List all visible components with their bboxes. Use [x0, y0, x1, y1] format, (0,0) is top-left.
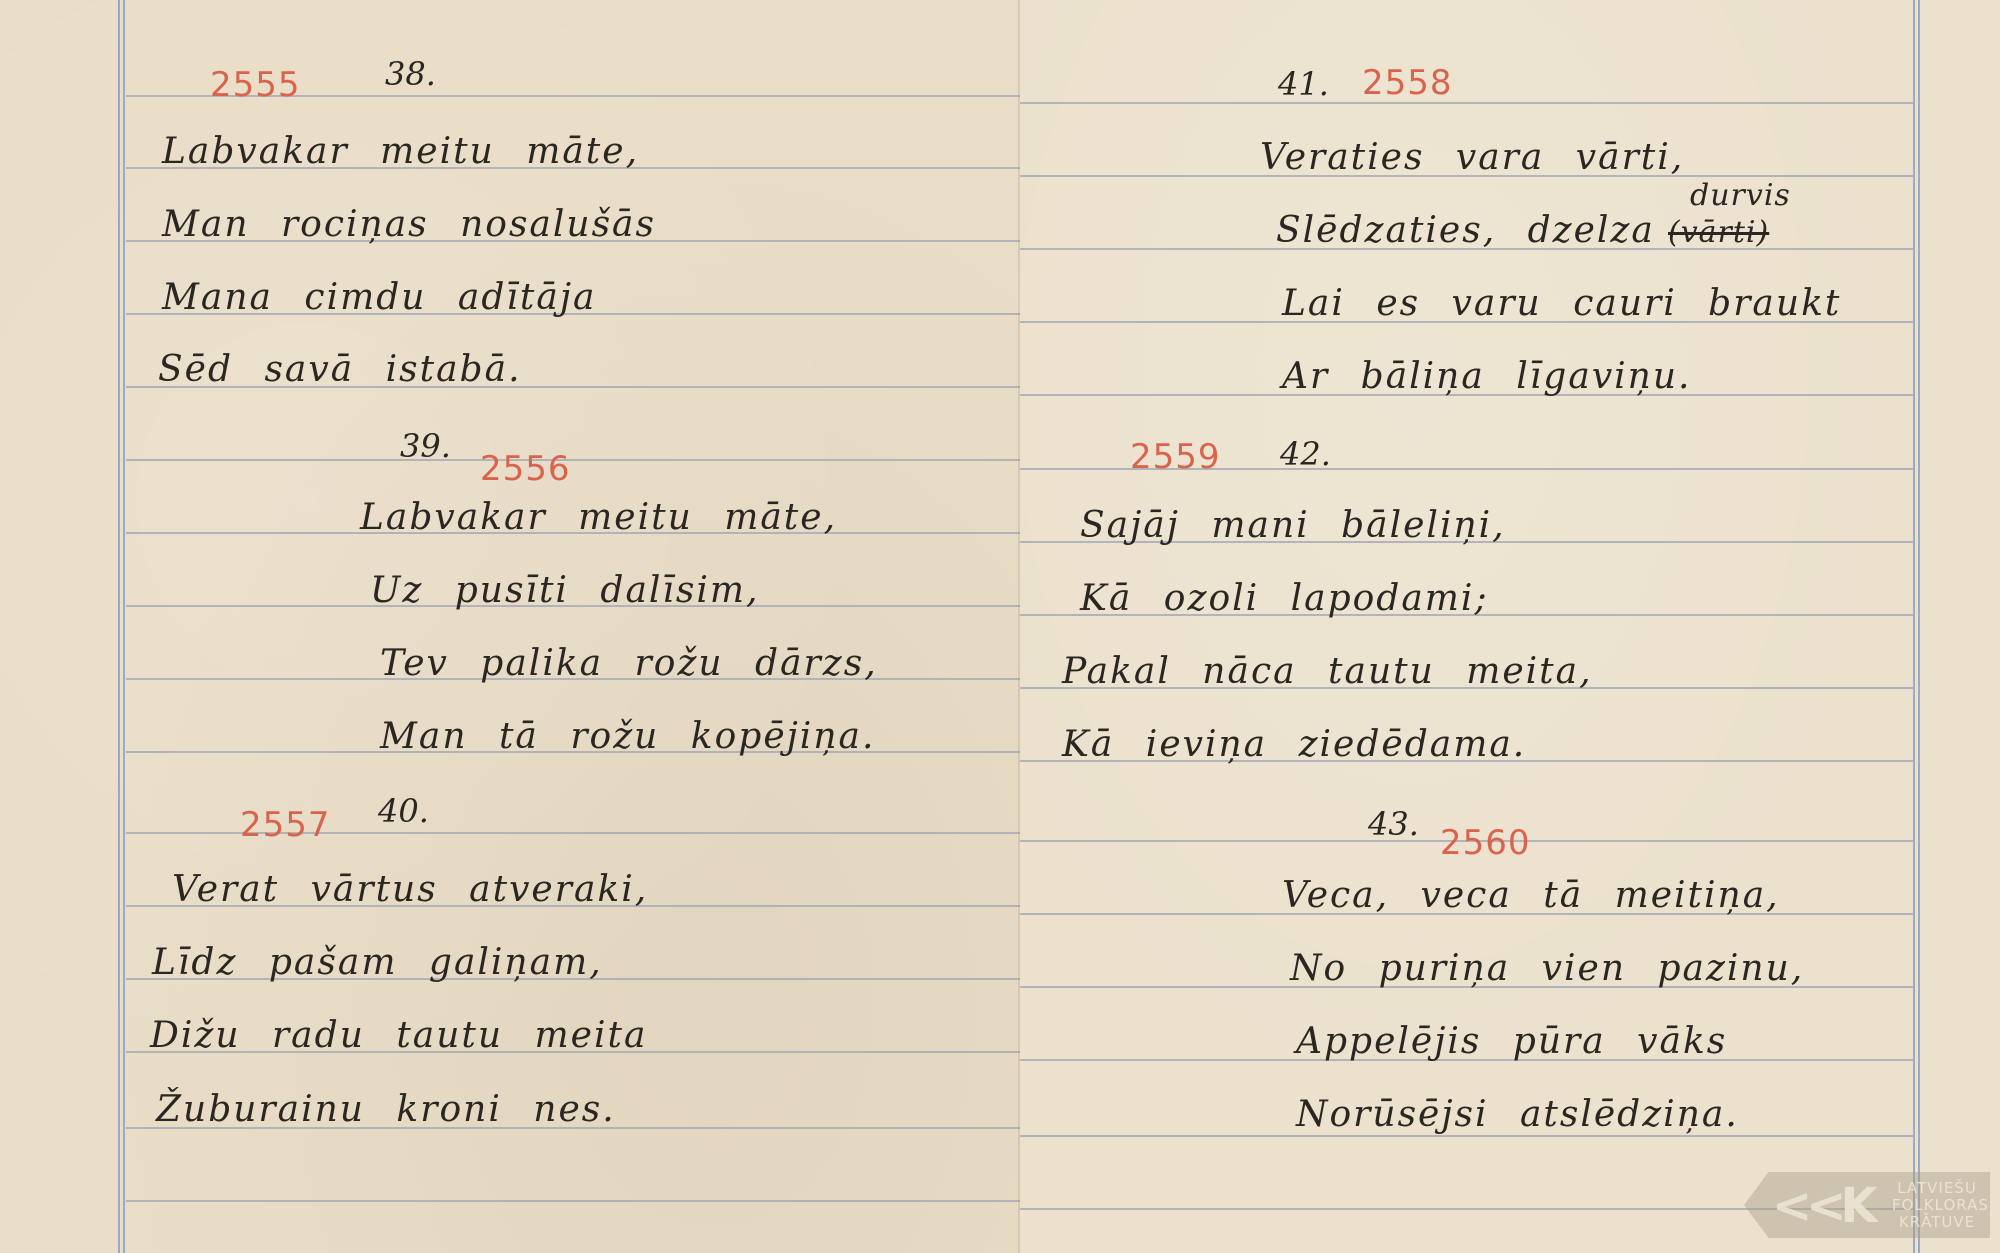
margin-line — [123, 0, 125, 1253]
margin-line — [1918, 0, 1920, 1253]
archive-logo-icon: <<K — [1772, 1178, 1872, 1234]
catalog-number: 2559 — [1130, 440, 1221, 474]
verse-line: Līdz pašam galiņam, — [152, 945, 603, 981]
margin-line — [118, 0, 120, 1253]
ruled-line — [126, 1200, 1020, 1202]
verse-line: Uz pusīti dalīsim, — [370, 573, 760, 609]
verse-line: Veraties vara vārti, — [1260, 140, 1684, 176]
catalog-number: 2557 — [240, 808, 331, 842]
song-number: 39. — [400, 430, 451, 462]
catalog-number: 2560 — [1440, 826, 1531, 860]
verse-line: Kā ieviņa ziedēdama. — [1062, 727, 1526, 763]
verse-line: Verat vārtus atveraki, — [172, 872, 648, 908]
verse-line: Man rociņas nosalušās — [162, 207, 656, 243]
archive-name-line: KRĀTUVE — [1892, 1214, 1982, 1231]
song-number: 40. — [378, 795, 429, 827]
catalog-number: 2558 — [1362, 66, 1453, 100]
verse-line: Slēdzaties, dzelza — [1276, 213, 1655, 249]
song-number: 42. — [1280, 438, 1331, 470]
song-number: 43. — [1368, 808, 1419, 840]
catalog-number: 2555 — [210, 68, 301, 102]
archive-watermark: <<K LATVIEŠU FOLKLORAS KRĀTUVE — [1744, 1172, 1990, 1238]
verse-line: Lai es varu cauri braukt — [1282, 286, 1841, 322]
verse-line: Appelējis pūra vāks — [1296, 1024, 1727, 1060]
verse-line: No puriņa vien pazinu, — [1290, 951, 1804, 987]
verse-line: Žuburainu kroni nes. — [156, 1092, 616, 1128]
verse-line: Tev palika rožu dārzs, — [380, 646, 878, 682]
verse-line: Dižu radu tautu meita — [150, 1018, 647, 1054]
archive-name-line: FOLKLORAS — [1892, 1197, 1982, 1214]
inserted-correction: durvis — [1690, 178, 1791, 213]
verse-line: Sēd savā istabā. — [158, 352, 522, 388]
margin-line — [1913, 0, 1915, 1253]
left-page: 2555 38. Labvakar meitu māte, Man rociņa… — [0, 0, 1020, 1253]
verse-line: Ar bāliņa līgaviņu. — [1282, 359, 1691, 395]
archive-name: LATVIEŠU FOLKLORAS KRĀTUVE — [1892, 1180, 1982, 1231]
verse-line: Veca, veca tā meitiņa, — [1282, 878, 1780, 914]
verse-line: Norūsējsi atslēdziņa. — [1296, 1097, 1739, 1133]
verse-line: Pakal nāca tautu meita, — [1062, 654, 1593, 690]
verse-line: Sajāj mani bāleliņi, — [1080, 508, 1506, 544]
ruled-line — [1020, 1135, 1913, 1137]
notebook-spread: 2555 38. Labvakar meitu māte, Man rociņa… — [0, 0, 2000, 1253]
right-page: 41. 2558 Veraties vara vārti, Slēdzaties… — [1020, 0, 2000, 1253]
verse-line: Mana cimdu adītāja — [162, 280, 596, 316]
song-number: 41. — [1278, 68, 1329, 100]
ruled-line — [126, 459, 1020, 461]
struck-word: (vārti) — [1668, 215, 1769, 250]
song-number: 38. — [385, 58, 436, 90]
archive-name-line: LATVIEŠU — [1892, 1180, 1982, 1197]
verse-line: Labvakar meitu māte, — [162, 134, 639, 170]
verse-line: Man tā rožu kopējiņa. — [380, 719, 875, 755]
ruled-line — [1020, 102, 1913, 104]
verse-line: Kā ozoli lapodami; — [1080, 581, 1489, 617]
catalog-number: 2556 — [480, 452, 571, 486]
verse-line: Labvakar meitu māte, — [360, 500, 837, 536]
